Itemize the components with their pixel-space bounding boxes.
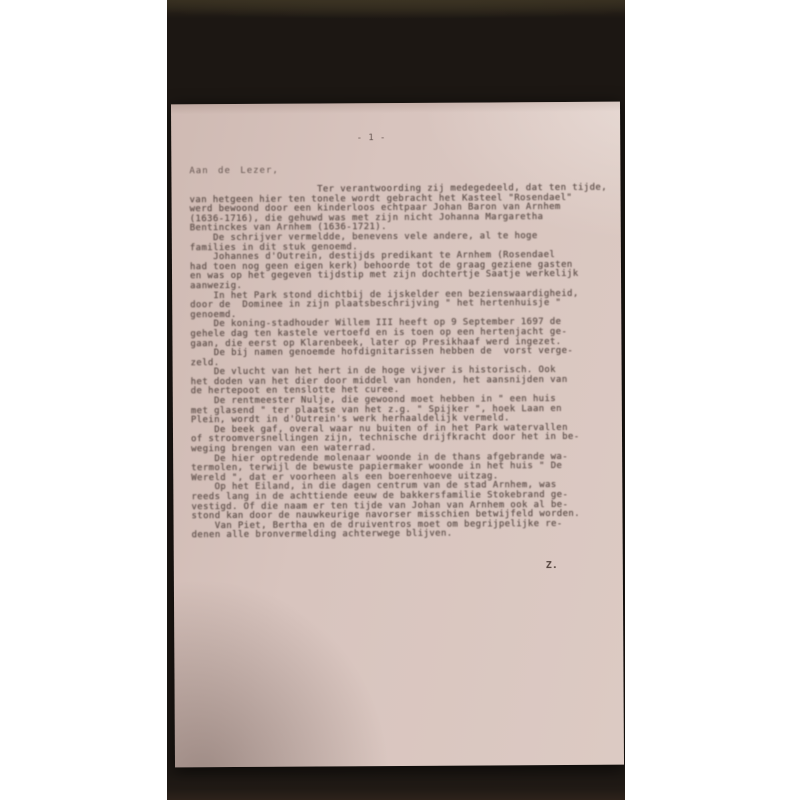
page-photo: - 1 - Aan de Lezer, Ter verantwoording z… — [167, 0, 625, 800]
table-edge — [167, 0, 625, 46]
salutation: Aan de Lezer, — [189, 166, 279, 177]
signature-initial: Z. — [546, 560, 558, 571]
body-text: Ter verantwoording zij medegedeeld, dat … — [189, 184, 609, 542]
page-number: - 1 - — [171, 132, 571, 144]
photo-canvas: - 1 - Aan de Lezer, Ter verantwoording z… — [0, 0, 800, 800]
document-page: - 1 - Aan de Lezer, Ter verantwoording z… — [171, 102, 624, 768]
